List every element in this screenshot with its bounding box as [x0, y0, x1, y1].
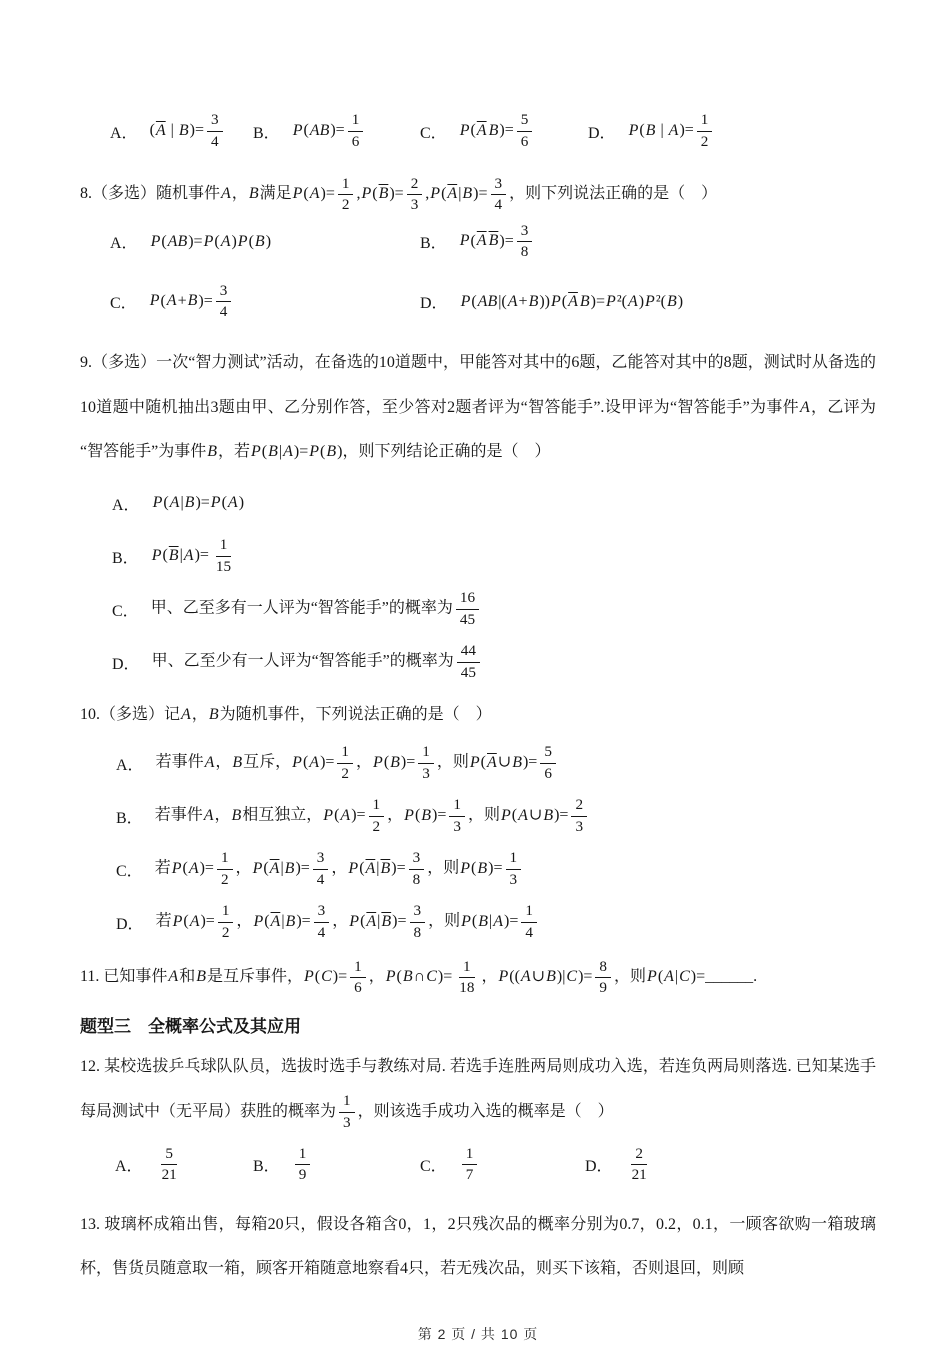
option-formula: P(AB)=38: [459, 222, 536, 261]
question-12-option-c: C． 17: [420, 1145, 585, 1184]
question-7-option-c: C． P(AB)=56: [420, 111, 588, 150]
question-7-option-b: B． P(AB)=16: [253, 111, 420, 150]
question-7-option-d: D． P(B | A)=12: [588, 111, 715, 150]
option-label: A．: [112, 492, 140, 515]
page-footer: 第 2 页 / 共 10 页: [80, 1324, 876, 1344]
option-label: B．: [420, 230, 447, 253]
option-formula: 若事件A，B互斥，P(A)=12，P(B)=13，则P(A∪B)=56: [156, 743, 559, 782]
option-label: B．: [112, 545, 139, 568]
question-8-stem: 8.（多选）随机事件A，B满足P(A)=12,P(B)=23,P(A|B)=34…: [80, 172, 876, 217]
question-11-stem: 11. 已知事件A和B是互斥事件，P(C)=16，P(B∩C)=118，P((A…: [80, 955, 876, 1000]
option-formula: 521: [155, 1145, 184, 1184]
option-formula: 若事件A，B相互独立，P(A)=12，P(B)=13，则P(A∪B)=23: [155, 796, 590, 835]
question-7-options: A． (A | B)=34 B． P(AB)=16 C． P(AB)=56 D．…: [110, 102, 876, 160]
option-label: C．: [116, 858, 143, 881]
question-10-option-a: A． 若事件A，B互斥，P(A)=12，P(B)=13，则P(A∪B)=56: [116, 738, 876, 788]
question-9-option-b: B． P(B|A)=115: [112, 531, 876, 581]
question-9-option-d: D． 甲、乙至少有一人评为“智答能手”的概率为4445: [112, 637, 876, 687]
option-formula: P(AB|(A+B))P(AB)=P²(A)P²(B): [460, 293, 684, 311]
question-12-stem: 12. 某校选拔乒乓球队队员，选拔时选手与教练对局. 若选手连胜两局则成功入选，…: [80, 1045, 876, 1135]
option-label: C．: [420, 1153, 447, 1176]
option-label: D．: [585, 1153, 613, 1176]
option-formula: 17: [459, 1145, 481, 1184]
question-8-option-b: B． P(AB)=38: [420, 217, 876, 267]
option-formula: P(B | A)=12: [628, 111, 716, 150]
question-8-option-c: C． P(A+B)=34: [110, 277, 420, 327]
option-formula: 若P(A)=12，P(A|B)=34，P(A|B)=38，则P(B)=13: [155, 849, 524, 888]
option-label: C．: [420, 120, 447, 143]
exam-document-page: A． (A | B)=34 B． P(AB)=16 C． P(AB)=56 D．…: [0, 0, 952, 1344]
option-formula: 甲、乙至多有一人评为“智答能手”的概率为1645: [151, 589, 482, 628]
option-formula: P(A|B)=P(A): [152, 494, 244, 512]
option-label: C．: [110, 290, 137, 313]
question-8-option-a: A． P(AB)=P(A)P(B): [110, 217, 420, 267]
section-3-heading: 题型三 全概率公式及其应用: [80, 1012, 876, 1037]
question-9-option-c: C． 甲、乙至多有一人评为“智答能手”的概率为1645: [112, 584, 876, 634]
option-label: D．: [116, 911, 144, 934]
question-13-stem: 13. 玻璃杯成箱出售，每箱20只，假设各箱含0，1，2只残次品的概率分别为0.…: [80, 1203, 876, 1293]
option-formula: P(AB)=16: [292, 111, 367, 150]
question-10-options: A． 若事件A，B互斥，P(A)=12，P(B)=13，则P(A∪B)=56 B…: [80, 738, 876, 947]
question-12-option-d: D． 221: [585, 1145, 654, 1184]
question-12-options: A． 521 B． 19 C． 17 D． 221: [115, 1137, 876, 1193]
option-formula: P(A+B)=34: [149, 282, 235, 321]
option-label: A．: [110, 120, 138, 143]
option-formula: P(B|A)=115: [151, 536, 238, 575]
question-10-option-c: C． 若P(A)=12，P(A|B)=34，P(A|B)=38，则P(B)=13: [116, 844, 876, 894]
question-10-option-d: D． 若P(A)=12，P(A|B)=34，P(A|B)=38，则P(B|A)=…: [116, 897, 876, 947]
question-12-option-b: B． 19: [253, 1145, 420, 1184]
option-formula: 19: [292, 1145, 314, 1184]
option-label: B．: [253, 120, 280, 143]
option-label: D．: [420, 290, 448, 313]
question-9-options: A． P(A|B)=P(A) B． P(B|A)=115 C． 甲、乙至多有一人…: [80, 478, 876, 687]
option-label: C．: [112, 598, 139, 621]
option-formula: (A | B)=34: [150, 111, 226, 150]
question-8-option-d: D． P(AB|(A+B))P(AB)=P²(A)P²(B): [420, 277, 876, 327]
option-formula: 221: [625, 1145, 654, 1184]
option-label: B．: [253, 1153, 280, 1176]
question-10-stem: 10.（多选）记A，B为随机事件，下列说法正确的是（ ）: [80, 695, 876, 735]
question-8-options: A． P(AB)=P(A)P(B) B． P(AB)=38 C． P(A+B)=…: [110, 217, 876, 327]
question-9-stem: 9.（多选）一次“智力测试”活动，在备选的10道题中，甲能答对其中的6题，乙能答…: [80, 341, 876, 475]
option-label: A．: [110, 230, 138, 253]
option-formula: P(AB)=P(A)P(B): [150, 233, 271, 251]
option-formula: P(AB)=56: [459, 111, 536, 150]
question-12-option-a: A． 521: [115, 1145, 253, 1184]
option-label: B．: [116, 805, 143, 828]
option-label: A．: [116, 752, 144, 775]
question-10-option-b: B． 若事件A，B相互独立，P(A)=12，P(B)=13，则P(A∪B)=23: [116, 791, 876, 841]
option-label: D．: [588, 120, 616, 143]
option-formula: 甲、乙至少有一人评为“智答能手”的概率为4445: [152, 642, 483, 681]
option-label: A．: [115, 1153, 143, 1176]
option-formula: 若P(A)=12，P(A|B)=34，P(A|B)=38，则P(B|A)=14: [156, 902, 540, 941]
option-label: D．: [112, 651, 140, 674]
question-7-option-a: A． (A | B)=34: [110, 111, 253, 150]
question-9-option-a: A． P(A|B)=P(A): [112, 478, 876, 528]
